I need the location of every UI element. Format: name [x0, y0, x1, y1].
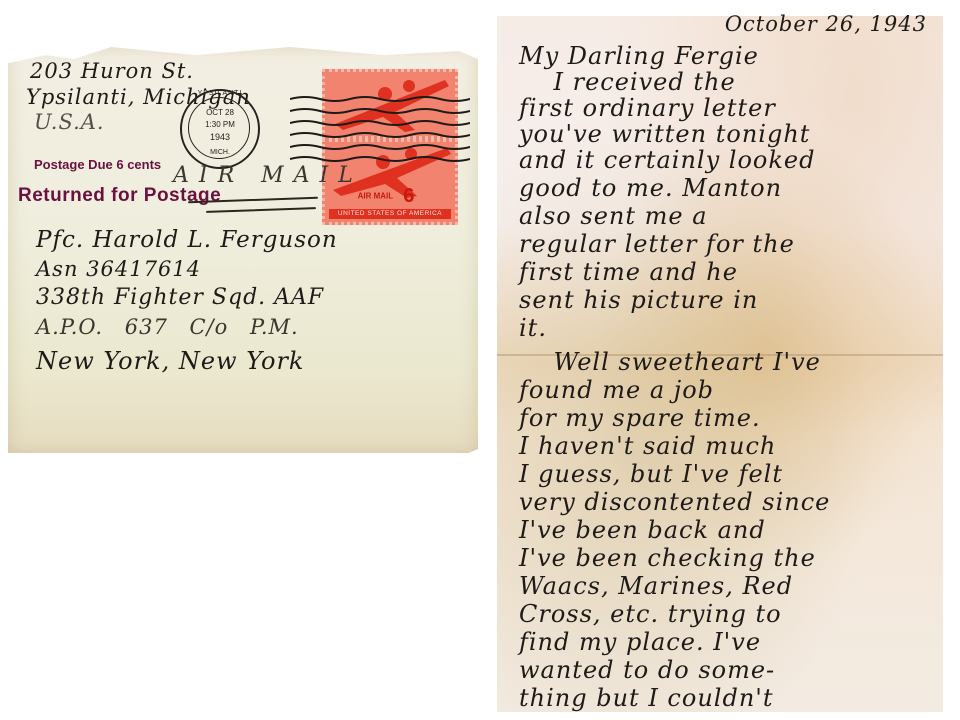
air-mail-underline	[206, 207, 316, 213]
letter-line: it.	[519, 316, 547, 340]
letter-line: good to me. Manton	[519, 176, 782, 200]
letter-line: My Darling Fergie	[519, 44, 759, 68]
recipient-unit: 338th Fighter Sqd. AAF	[36, 285, 324, 310]
stamp-denomination: 6	[395, 185, 422, 207]
letter-line: also sent me a	[519, 204, 708, 228]
cancellation-line	[290, 119, 470, 127]
recipient-name: Pfc. Harold L. Ferguson	[36, 227, 338, 253]
cancellation-line	[290, 143, 470, 151]
letter-date: October 26, 1943	[725, 12, 927, 36]
postmark-state: MICH.	[182, 149, 258, 156]
letter-line: I've been checking the	[519, 546, 816, 570]
postmark-year: 1943	[182, 132, 258, 142]
letter-line: very discontented since	[519, 490, 830, 514]
letter-line: first ordinary letter	[519, 96, 776, 120]
stamp-value: AIR MAIL 6	[325, 185, 455, 208]
letter-line: I haven't said much	[519, 434, 776, 458]
return-address-country: U.S.A.	[34, 110, 105, 134]
cancellation-line	[290, 107, 470, 115]
letter-line: Cross, etc. trying to	[519, 602, 782, 626]
return-address-street: 203 Huron St.	[30, 59, 194, 83]
air-mail-handwritten: AIR MAIL	[173, 163, 363, 188]
recipient-apo: A.P.O. 637 C/o P.M.	[36, 315, 299, 339]
letter-line: and it certainly looked	[519, 148, 815, 172]
postmark-city: YPSILANTI	[182, 90, 258, 97]
returned-for-postage-stamp: Returned for Postage	[18, 185, 221, 207]
envelope: 203 Huron St. Ypsilanti, Michigan U.S.A.…	[8, 47, 478, 453]
letter-line: sent his picture in	[519, 288, 758, 312]
cancellation-line	[290, 155, 470, 163]
postmark: YPSILANTI OCT 28 1:30 PM 1943 MICH.	[180, 89, 260, 169]
letter-line: I received the	[519, 70, 736, 94]
letter-line: thing but I couldn't	[519, 686, 774, 710]
handwritten-letter: October 26, 1943 My Darling Fergie I rec…	[497, 16, 943, 712]
postmark-time: 1:30 PM	[182, 120, 258, 129]
letter-line: first time and he	[519, 260, 738, 284]
letter-line: for my spare time.	[519, 406, 761, 430]
stamp-type-label: AIR MAIL	[358, 192, 393, 201]
letter-line: wanted to do some-	[519, 658, 775, 682]
cancellation-line	[290, 131, 470, 139]
airmail-stamp-top	[322, 69, 458, 139]
recipient-serial-number: Asn 36417614	[36, 257, 201, 281]
letter-line: regular letter for the	[519, 232, 795, 256]
cancellation-line	[290, 95, 470, 103]
letter-line: Well sweetheart I've	[519, 350, 821, 374]
letter-line: find my place. I've	[519, 630, 761, 654]
letter-line: found me a job	[519, 378, 714, 402]
letter-line: you've written tonight	[519, 122, 810, 146]
recipient-city: New York, New York	[36, 347, 304, 375]
letter-line: Waacs, Marines, Red	[519, 574, 793, 598]
stamp-country-label: UNITED STATES OF AMERICA	[329, 209, 451, 219]
postage-due-stamp: Postage Due 6 cents	[34, 157, 161, 172]
letter-line: I've been back and	[519, 518, 766, 542]
letter-line: I guess, but I've felt	[519, 462, 783, 486]
postmark-date: OCT 28	[182, 108, 258, 117]
